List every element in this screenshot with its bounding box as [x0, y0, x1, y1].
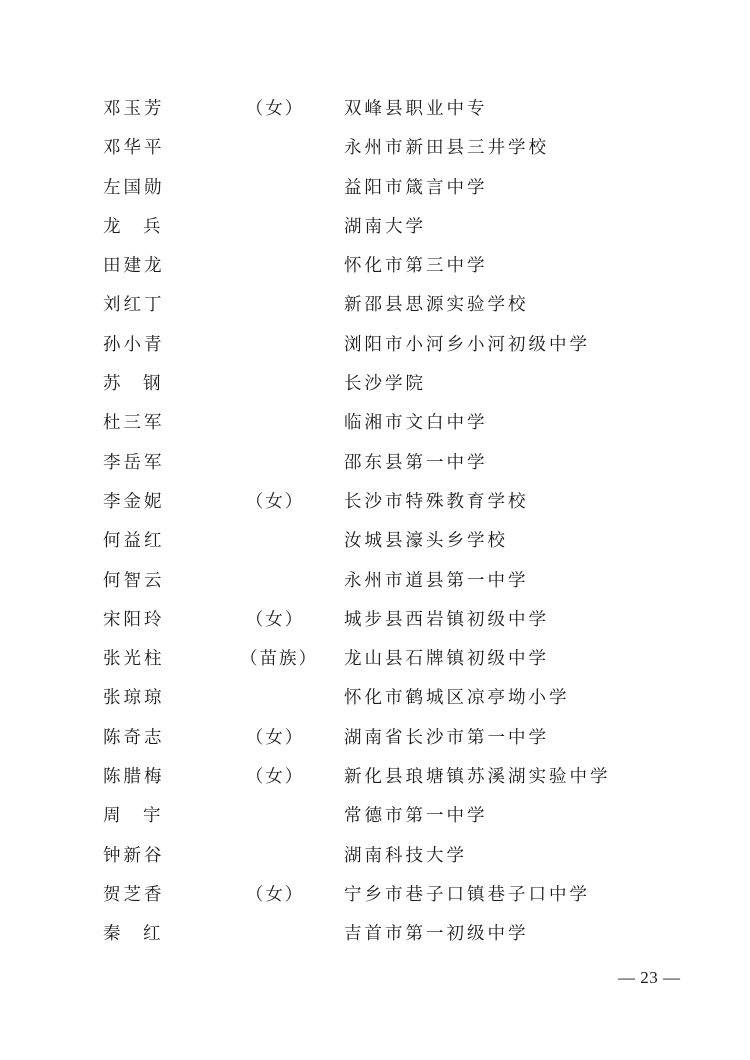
person-name: 何智云 — [103, 562, 165, 601]
person-note: （苗族） — [240, 640, 310, 679]
school-name: 长沙学院 — [344, 365, 426, 404]
document-page: 邓玉芳（女）双峰县职业中专邓华平永州市新田县三井学校左国勋益阳市箴言中学龙兵湖南… — [0, 0, 750, 1060]
person-name: 李岳军 — [103, 444, 165, 483]
list-item: 钟新谷湖南科技大学 — [0, 837, 750, 876]
list-item: 何智云永州市道县第一中学 — [0, 562, 750, 601]
school-name: 宁乡市巷子口镇巷子口中学 — [344, 876, 590, 915]
list-item: 刘红丁新邵县思源实验学校 — [0, 286, 750, 325]
person-name: 李金妮 — [103, 483, 165, 522]
person-name: 邓华平 — [103, 129, 165, 168]
person-note: （女） — [240, 483, 310, 522]
person-note: （女） — [240, 719, 310, 758]
list-item: 邓玉芳（女）双峰县职业中专 — [0, 90, 750, 129]
school-name: 湖南省长沙市第一中学 — [344, 719, 549, 758]
list-item: 秦红吉首市第一初级中学 — [0, 915, 750, 954]
person-name: 杜三军 — [103, 404, 165, 443]
person-name: 张琼琼 — [103, 679, 165, 718]
list-item: 田建龙怀化市第三中学 — [0, 247, 750, 286]
person-name: 何益红 — [103, 522, 165, 561]
person-name: 左国勋 — [103, 169, 165, 208]
list-item: 何益红汝城县濠头乡学校 — [0, 522, 750, 561]
list-item: 杜三军临湘市文白中学 — [0, 404, 750, 443]
list-item: 龙兵湖南大学 — [0, 208, 750, 247]
list-item: 贺芝香（女）宁乡市巷子口镇巷子口中学 — [0, 876, 750, 915]
person-name-char: 秦 — [103, 915, 121, 954]
list-item: 孙小青浏阳市小河乡小河初级中学 — [0, 326, 750, 365]
school-name: 临湘市文白中学 — [344, 404, 488, 443]
person-name-char: 宇 — [143, 797, 161, 836]
list-item: 苏钢长沙学院 — [0, 365, 750, 404]
school-name: 怀化市第三中学 — [344, 247, 488, 286]
person-name: 钟新谷 — [103, 837, 165, 876]
list-item: 左国勋益阳市箴言中学 — [0, 169, 750, 208]
list-item: 张琼琼怀化市鹤城区凉亭坳小学 — [0, 679, 750, 718]
person-name: 田建龙 — [103, 247, 165, 286]
person-name: 张光柱 — [103, 640, 165, 679]
school-name: 邵东县第一中学 — [344, 444, 488, 483]
page-number: — 23 — — [618, 968, 681, 988]
school-name: 城步县西岩镇初级中学 — [344, 601, 549, 640]
school-name: 益阳市箴言中学 — [344, 169, 488, 208]
person-name: 孙小青 — [103, 326, 165, 365]
list-item: 陈奇志（女）湖南省长沙市第一中学 — [0, 719, 750, 758]
person-name-char: 苏 — [103, 365, 121, 404]
school-name: 永州市道县第一中学 — [344, 562, 529, 601]
school-name: 常德市第一中学 — [344, 797, 488, 836]
person-name: 贺芝香 — [103, 876, 165, 915]
list-item: 李金妮（女）长沙市特殊教育学校 — [0, 483, 750, 522]
school-name: 怀化市鹤城区凉亭坳小学 — [344, 679, 570, 718]
school-name: 长沙市特殊教育学校 — [344, 483, 529, 522]
person-note: （女） — [240, 758, 310, 797]
person-note: （女） — [240, 876, 310, 915]
list-item: 张光柱（苗族）龙山县石牌镇初级中学 — [0, 640, 750, 679]
school-name: 永州市新田县三井学校 — [344, 129, 549, 168]
person-name: 刘红丁 — [103, 286, 165, 325]
school-name: 湖南科技大学 — [344, 837, 467, 876]
list-item: 邓华平永州市新田县三井学校 — [0, 129, 750, 168]
person-name: 陈腊梅 — [103, 758, 165, 797]
person-name-char: 红 — [143, 915, 161, 954]
person-note: （女） — [240, 601, 310, 640]
school-name: 汝城县濠头乡学校 — [344, 522, 508, 561]
person-name-char: 龙 — [103, 208, 121, 247]
school-name: 龙山县石牌镇初级中学 — [344, 640, 549, 679]
list-item: 李岳军邵东县第一中学 — [0, 444, 750, 483]
school-name: 湖南大学 — [344, 208, 426, 247]
person-name-char: 周 — [103, 797, 121, 836]
person-name-char: 兵 — [143, 208, 161, 247]
person-name: 邓玉芳 — [103, 90, 165, 129]
list-item: 陈腊梅（女）新化县琅塘镇苏溪湖实验中学 — [0, 758, 750, 797]
list-item: 宋阳玲（女）城步县西岩镇初级中学 — [0, 601, 750, 640]
school-name: 吉首市第一初级中学 — [344, 915, 529, 954]
school-name: 新邵县思源实验学校 — [344, 286, 529, 325]
person-name-char: 钢 — [143, 365, 161, 404]
school-name: 浏阳市小河乡小河初级中学 — [344, 326, 590, 365]
person-name: 陈奇志 — [103, 719, 165, 758]
list-item: 周宇常德市第一中学 — [0, 797, 750, 836]
honoree-list: 邓玉芳（女）双峰县职业中专邓华平永州市新田县三井学校左国勋益阳市箴言中学龙兵湖南… — [0, 90, 750, 955]
person-note: （女） — [240, 90, 310, 129]
school-name: 新化县琅塘镇苏溪湖实验中学 — [344, 758, 611, 797]
person-name: 宋阳玲 — [103, 601, 165, 640]
school-name: 双峰县职业中专 — [344, 90, 488, 129]
